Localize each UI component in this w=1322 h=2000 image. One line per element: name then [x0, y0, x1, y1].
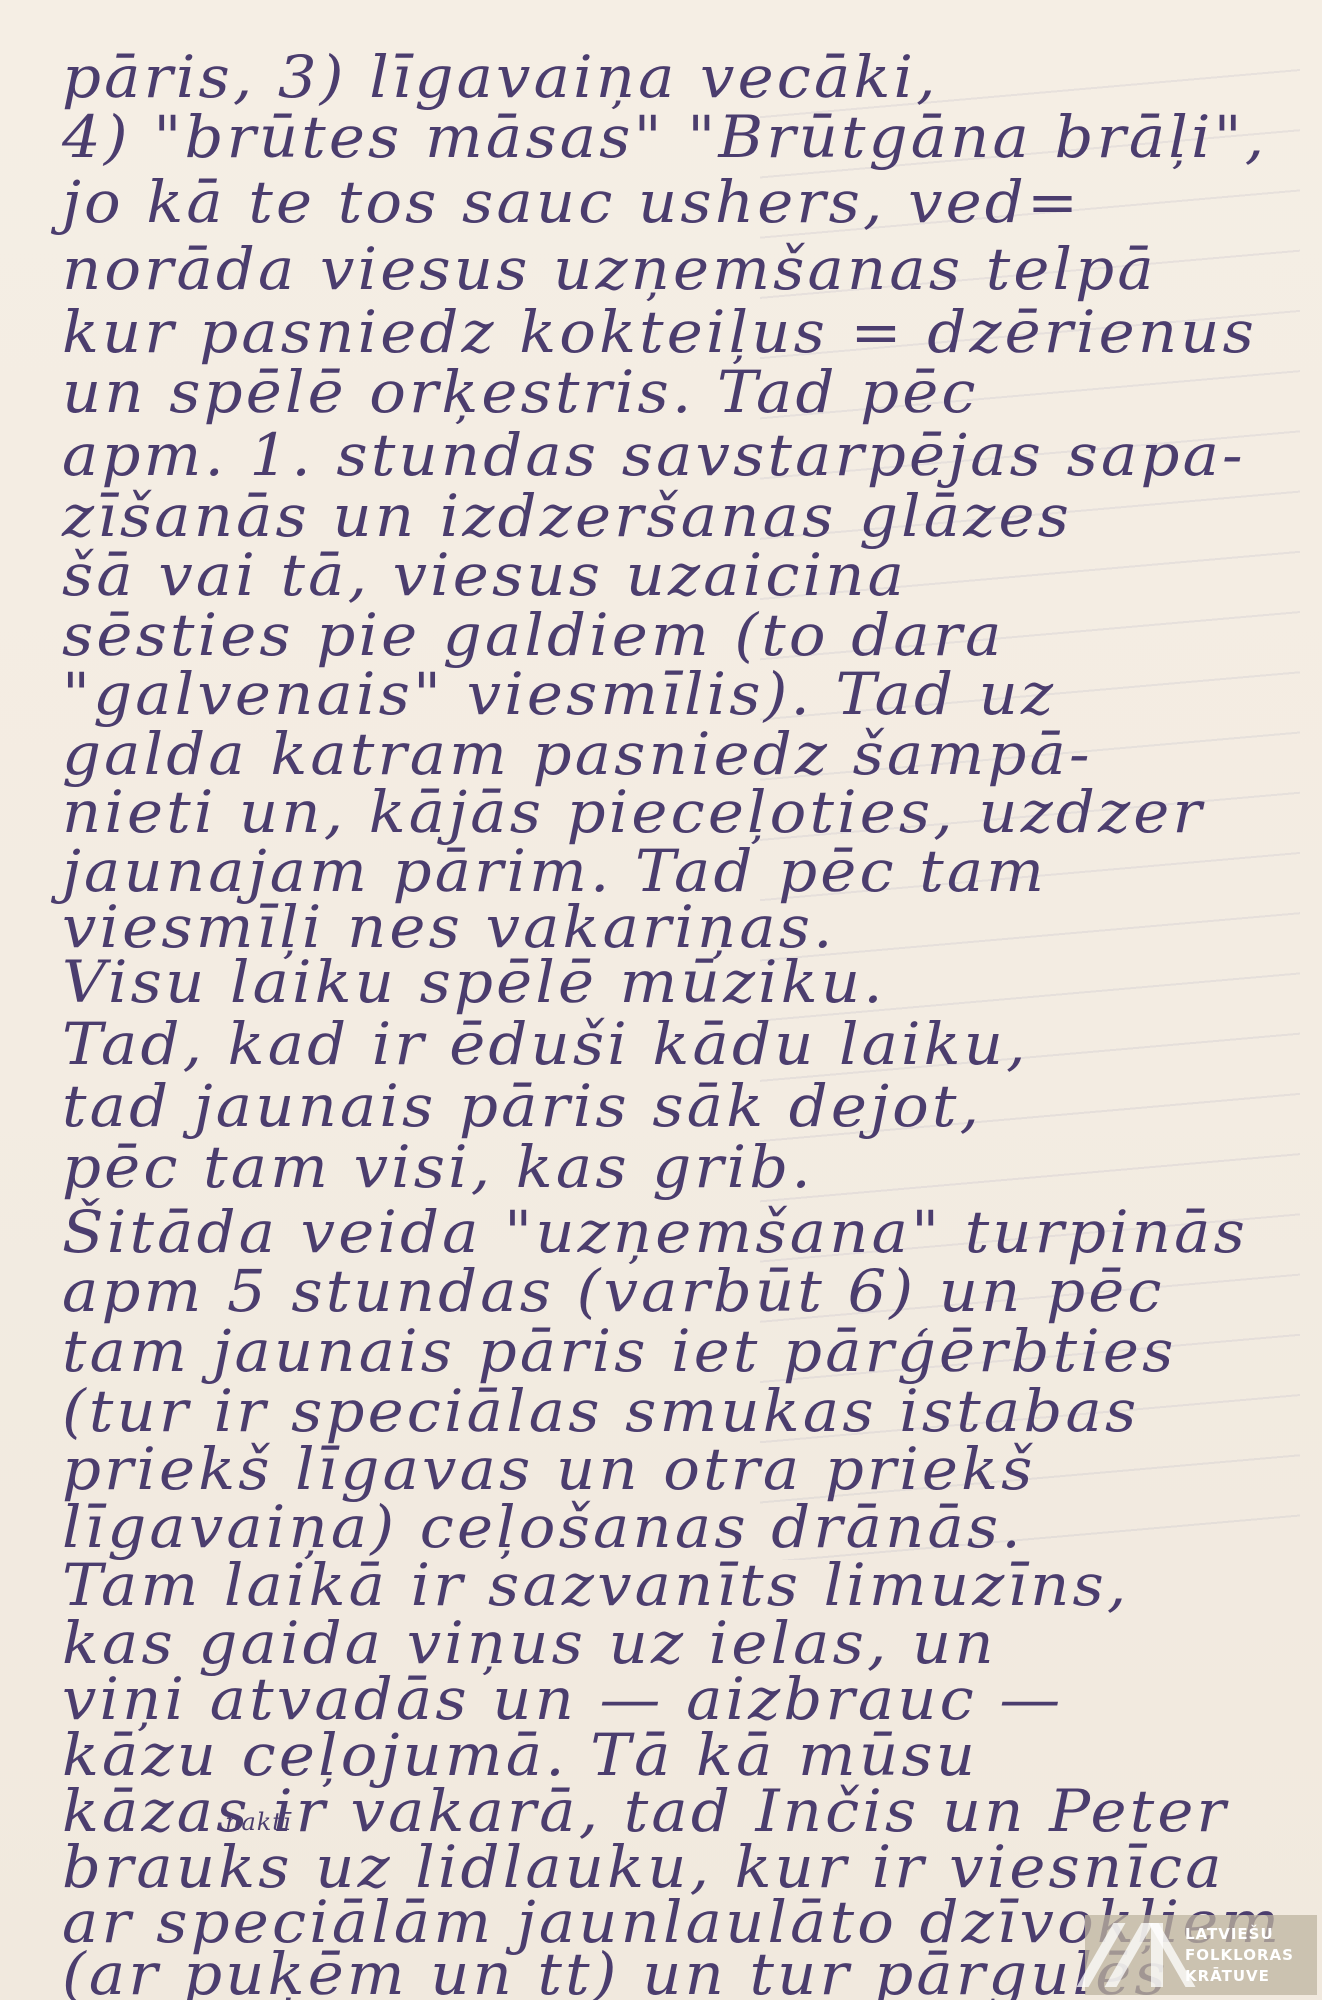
text-line: Visu laiku spēlē mūziku. — [62, 953, 886, 1011]
text-line: un spēlē orķestris. Tad pēc — [62, 363, 979, 421]
text-line: tad jaunais pāris sāk dejot, — [62, 1077, 982, 1135]
text-line: jaunajam pārim. Tad pēc tam — [62, 842, 1047, 900]
text-line: līgavaiņa) ceļošanas drānās. — [62, 1498, 1024, 1556]
text-line: sēsties pie galdiem (to dara — [62, 606, 1005, 664]
text-line: 4) "brūtes māsas" "Brūtgāna brāļi", — [62, 108, 1267, 166]
text-line: Tam laikā ir sazvanīts limuzīns, — [62, 1556, 1129, 1614]
watermark-line: LATVIEŠU — [1185, 1924, 1294, 1945]
archive-watermark: LATVIEŠU FOLKLORAS KRĀTUVE — [1085, 1915, 1317, 1995]
text-line: pāris, 3) līgavaiņa vecāki, — [62, 48, 939, 106]
inserted-word: naktī — [225, 1808, 292, 1836]
archive-logo-icon — [1085, 1915, 1185, 1995]
archive-name: LATVIEŠU FOLKLORAS KRĀTUVE — [1185, 1924, 1294, 1987]
text-line: galda katram pasniedz šampā- — [62, 725, 1093, 783]
text-line: kur pasniedz kokteiļus = dzērienus — [62, 303, 1257, 361]
text-line: tam jaunais pāris iet pārģērbties — [62, 1322, 1176, 1380]
manuscript-page: pāris, 3) līgavaiņa vecāki, 4) "brūtes m… — [0, 0, 1322, 2000]
text-line: apm. 1. stundas savstarpējas sapa- — [62, 426, 1246, 484]
text-line: pēc tam visi, kas grib. — [62, 1138, 814, 1196]
watermark-line: KRĀTUVE — [1185, 1966, 1294, 1987]
text-line: priekš līgavas un otra priekš — [62, 1440, 1036, 1498]
text-line: Tad, kad ir ēduši kādu laiku, — [62, 1015, 1029, 1073]
text-line: jo kā te tos sauc ushers, ved= — [62, 173, 1081, 231]
text-line: "galvenais" viesmīlis). Tad uz — [62, 665, 1056, 723]
text-line: kas gaida viņus uz ielas, un — [62, 1614, 997, 1672]
text-line: šā vai tā, viesus uzaicina — [62, 546, 907, 604]
text-line: Šitāda veida "uzņemšana" turpinās — [62, 1203, 1248, 1261]
text-line: viņi atvadās un — aizbrauc — — [62, 1670, 1063, 1728]
text-line: kāzu ceļojumā. Tā kā mūsu — [62, 1726, 978, 1784]
text-line: (tur ir speciālas smukas istabas — [62, 1382, 1139, 1440]
text-line: norāda viesus uzņemšanas telpā — [62, 240, 1157, 298]
text-line: nieti un, kājās pieceļoties, uzdzer — [62, 783, 1205, 841]
text-line: (ar puķēm un tt) un tur pārgulēs — [62, 1945, 1169, 2000]
watermark-line: FOLKLORAS — [1185, 1945, 1294, 1966]
text-line: apm 5 stundas (varbūt 6) un pēc — [62, 1262, 1165, 1320]
text-line: zīšanās un izdzeršanas glāzes — [62, 487, 1072, 545]
